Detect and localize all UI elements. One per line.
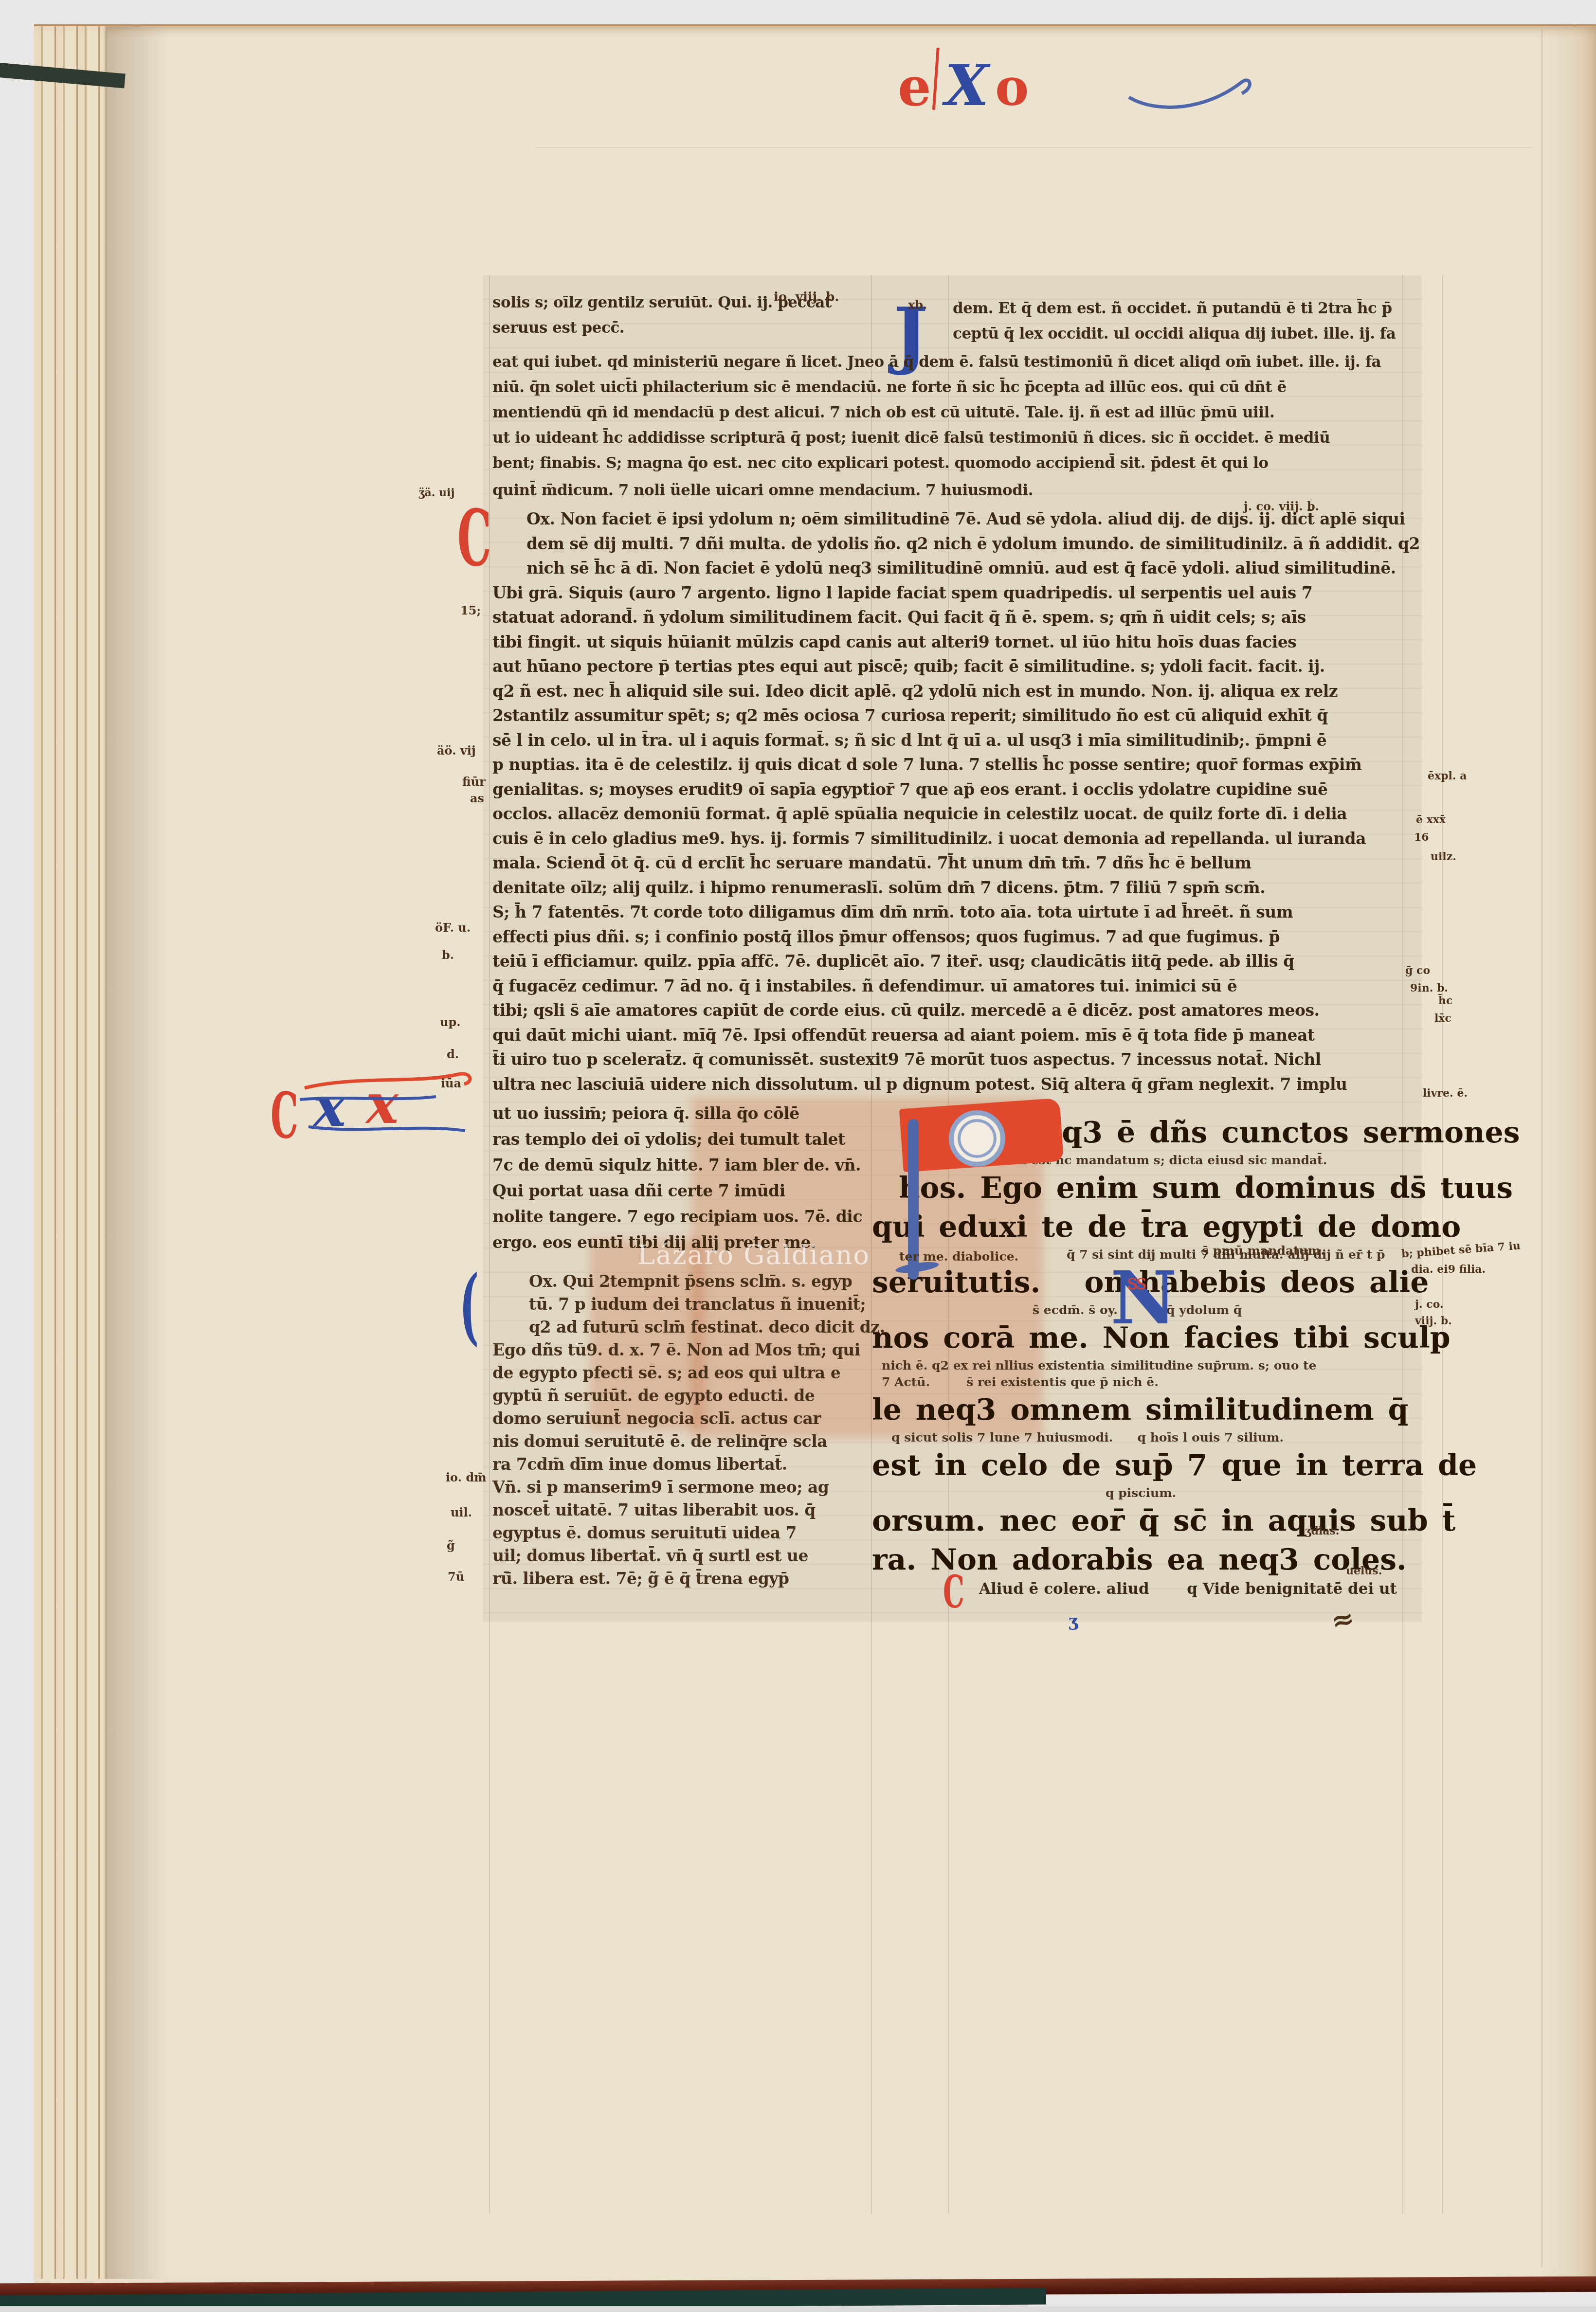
gloss-top-right: dem. Et q̄ dem est. ñ occidet. ñ putandū… bbox=[953, 296, 1400, 346]
text-line: Ox. Qui 2tempnit p̄sens sclm̄. s. egyp bbox=[492, 1270, 882, 1293]
margin-note: livre. ē. bbox=[1423, 1087, 1468, 1100]
margin-note: viij. b. bbox=[1415, 1315, 1452, 1327]
text-line: effecti pius dñi. s; i confinio postq̄ i… bbox=[492, 925, 1403, 950]
margin-note: ēxpl. a bbox=[1428, 770, 1467, 782]
title-flourish-swash bbox=[1129, 68, 1134, 73]
text-line: ut uo iussim̄; peiora q̄. silla q̄o cōlē bbox=[492, 1101, 877, 1126]
page-crease bbox=[1542, 29, 1542, 2267]
text-line: ras templo dei oī ydolis; dei tumult tal… bbox=[492, 1126, 877, 1152]
running-title-letter-o: o bbox=[995, 57, 1029, 117]
running-title: e X o bbox=[898, 43, 1029, 116]
text-line: tū. 7 p iudum dei tranclatus ñ inuenit̄; bbox=[492, 1293, 882, 1316]
blue-paraph-bracket-icon: ( bbox=[459, 1257, 479, 1355]
margin-note: ē xxx̄ bbox=[1416, 813, 1446, 826]
margin-note: io. dm̄ bbox=[446, 1470, 487, 1484]
text-line: nis domui seruitutē ē. de relinq̄re scla bbox=[492, 1430, 882, 1453]
manuscript-photo: e X o solis s; oīlz gentilz seruiūt. Qui… bbox=[0, 0, 1596, 2312]
text-line: ceptū q̄ lex occidit. ul occidi aliqua d… bbox=[953, 321, 1400, 346]
margin-note: g̃ co bbox=[1405, 964, 1430, 977]
text-line: Vn̄. si p manserim9 ī sermone meo; ag bbox=[492, 1476, 882, 1499]
margin-note: ter me. diabolice. bbox=[899, 1249, 1018, 1264]
margin-note: 9in. b. bbox=[1410, 982, 1448, 994]
margin-note: öF. u. bbox=[435, 921, 471, 935]
initial-l-filigree-swirl bbox=[949, 1110, 1005, 1167]
running-title-letter-e: e bbox=[898, 56, 931, 118]
text-line: denitate oīlz; alij quilz. i hipmo renum… bbox=[492, 876, 1403, 901]
text-line: seruus est pecc̄. bbox=[492, 315, 901, 341]
margin-note: ʒ bbox=[1069, 1611, 1078, 1631]
margin-note: up. bbox=[440, 1015, 461, 1029]
text-line: dem sē dij multi. 7 dñi multa. de ydolis… bbox=[492, 532, 1403, 557]
margin-note: b. bbox=[442, 948, 454, 962]
initial-n-red-filigree: ss bbox=[1127, 1270, 1145, 1295]
gloss-top-tail: quint̄ m̄dicum. 7 noli üelle uicari omne… bbox=[492, 478, 1271, 503]
initial-n: N bbox=[1110, 1255, 1177, 1341]
text-line: genialitas. s; moyses erudit9 oī sapīa e… bbox=[492, 777, 1403, 802]
text-line: q2 ñ est. nec h̄ aliquid sile sui. Ideo … bbox=[492, 679, 1403, 704]
interlinear-gloss-line: q piscium. bbox=[872, 1485, 1410, 1501]
text-line: ra 7cdm̄ dīm inue domus libertat̄. bbox=[492, 1453, 882, 1476]
margin-note: j. co. bbox=[1415, 1298, 1444, 1311]
bible-verse-line: est in celo de sup̄ 7 que in terra de bbox=[872, 1446, 1410, 1485]
text-line: tibi fingit. ut siquis hūianit mūlzis ca… bbox=[492, 630, 1403, 655]
margin-note: d. bbox=[447, 1047, 459, 1061]
text-line: cuis ē in celo gladius me9. hys. ij. for… bbox=[492, 827, 1403, 851]
bible-verse-line: hos. Ego enim sum dominus ds̄ tuus bbox=[872, 1169, 1410, 1208]
text-line: Qui portat uasa dñi certe 7 imūdi bbox=[492, 1178, 877, 1204]
margin-note: ʒ̈ä. uij bbox=[418, 487, 454, 499]
text-line: S; h̄ 7 fatentēs. 7t corde toto diligamu… bbox=[492, 900, 1403, 925]
text-line: dem. Et q̄ dem est. ñ occidet. ñ putandū… bbox=[953, 296, 1400, 321]
margin-note: g̃ bbox=[447, 1538, 455, 1553]
running-title-letter-x: X bbox=[945, 53, 989, 119]
text-line: ut io uideant h̄c addidisse scripturā q̄… bbox=[492, 425, 1403, 451]
margin-note: uil. bbox=[451, 1505, 472, 1519]
margin-note: fiūr bbox=[462, 775, 486, 789]
commentary-block: Ox. Non faciet ē ipsi ydolum n; oēm simi… bbox=[492, 507, 1403, 1097]
left-column-block: Ox. Qui 2tempnit p̄sens sclm̄. s. egyptū… bbox=[492, 1270, 882, 1590]
margin-note: s̄ pmū mandatum. bbox=[1202, 1244, 1325, 1258]
bible-verse-line: qui eduxi te de t̄ra egypti de domo bbox=[872, 1208, 1410, 1246]
text-line: mala. Sciend̄ ōt q̄. cū d erclīt h̄c ser… bbox=[492, 851, 1403, 876]
red-paraph-icon: C bbox=[271, 1078, 298, 1153]
ruling-line-horizontal bbox=[535, 147, 1533, 148]
text-line: domo seruiunt̄ negocia sclī. actus car bbox=[492, 1407, 882, 1430]
margin-note: uelus. bbox=[1346, 1565, 1382, 1577]
text-line: Ego dñs tū9. d. x. 7 ē. Non ad Mos tm̄; … bbox=[492, 1338, 882, 1361]
table-surface bbox=[0, 2306, 1596, 2312]
text-line: bent; finabis. S; magna q̄o est. nec cit… bbox=[492, 451, 1403, 476]
margin-note: h̄c bbox=[1438, 994, 1452, 1007]
chapter-flourish-swash bbox=[271, 1069, 275, 1074]
interlinear-gloss-line: q sicut solis 7 lune 7 huiusmodi. q hoīs… bbox=[872, 1429, 1410, 1446]
text-line: Ubi grā. Siquis (auro 7 argento. ligno l… bbox=[492, 581, 1403, 606]
text-line: de egypto pfecti sē. s; ad eos qui ultra… bbox=[492, 1361, 882, 1384]
text-line: t̄i uiro tuo p scelerat̄z. q̄ comunissēt… bbox=[492, 1048, 1403, 1072]
gloss-top-left: solis s; oīlz gentilz seruiūt. Qui. ij. … bbox=[492, 290, 901, 341]
text-line: q̄ fugacēz cedimur. 7 ād no. q̄ i instab… bbox=[492, 974, 1403, 999]
text-line: occlos. allacēz demoniū format. q̄ aplē … bbox=[492, 802, 1403, 827]
commentary-narrow-column: ut uo iussim̄; peiora q̄. silla q̄o cōlē… bbox=[492, 1101, 877, 1255]
margin-note: 7ū bbox=[448, 1570, 464, 1584]
text-line: tibi; qsli s̄ aīe amatores capiūt de cor… bbox=[492, 998, 1403, 1023]
margin-note: as bbox=[470, 791, 484, 805]
gutter-shadow bbox=[105, 26, 168, 2279]
red-paraph-icon: C bbox=[457, 492, 491, 584]
margin-note: j. co. viij. b. bbox=[1244, 499, 1319, 513]
text-line: 7c de demū siqulz hitte. 7 iam bler de. … bbox=[492, 1152, 877, 1178]
text-line: mentiendū qn̄ id mendaciū p dest alicui.… bbox=[492, 400, 1403, 425]
interlinear-gloss-line: nich ē. q2 ex rei nllius existentia simi… bbox=[872, 1357, 1410, 1374]
text-line: q2 ad futurū sclm̄ festinat. deco dicit … bbox=[492, 1316, 882, 1338]
margin-note: äö. vij bbox=[437, 743, 476, 758]
text-line: eat qui iubet. qd ministeriū negare ñ li… bbox=[492, 349, 1403, 375]
text-line: rū̄. libera est. 7ē; g̃ ē q̄ t̄rena egyp… bbox=[492, 1567, 882, 1590]
margin-note: ʒdlas. bbox=[1305, 1525, 1340, 1537]
text-line: qui daūt michi uiant. mīq̄ 7ē. Ipsi offe… bbox=[492, 1023, 1403, 1048]
margin-note: uilz. bbox=[1431, 850, 1456, 863]
text-line: noscet̄ uitatē. 7 uitas liberabit uos. q… bbox=[492, 1499, 882, 1521]
text-line: quint̄ m̄dicum. 7 noli üelle uicari omne… bbox=[492, 478, 1271, 503]
margin-note: io. viij. b. bbox=[774, 290, 839, 305]
interlinear-gloss-line: 7 Actū. s̄ rei existentis que p̄ nich ē. bbox=[872, 1374, 1410, 1391]
text-line: teiū ī efficiamur. quilz. ppīa affc̄. 7ē… bbox=[492, 949, 1403, 974]
margin-note: 16 bbox=[1414, 831, 1429, 844]
fore-edge-right bbox=[1538, 26, 1596, 2279]
text-line: sē l in celo. ul in t̄ra. ul i aquis for… bbox=[492, 728, 1403, 753]
text-line: nolite tangere. 7 ego recipiam uos. 7ē. … bbox=[492, 1204, 877, 1229]
margin-note: lx̄c bbox=[1434, 1012, 1451, 1025]
text-line: gyptū ñ seruiūt. de egypto educti. de bbox=[492, 1384, 882, 1407]
red-paraph-icon: C bbox=[943, 1566, 964, 1618]
text-line: aut hūano pectore p̄ tertias ptes equi a… bbox=[492, 654, 1403, 679]
text-line: egyptus ē. domus seruitutī uidea 7 bbox=[492, 1521, 882, 1544]
gloss-top-full: eat qui iubet. qd ministeriū negare ñ li… bbox=[492, 349, 1403, 476]
margin-note: iūa bbox=[441, 1076, 461, 1090]
running-title-red-stroke bbox=[932, 48, 940, 110]
text-line: 2stantilz assumitur spēt; s; q2 mēs ocio… bbox=[492, 704, 1403, 728]
page-edges-left bbox=[34, 26, 107, 2279]
text-line: p nuptias. ita ē de celestilz. ij quis d… bbox=[492, 753, 1403, 777]
text-line: statuat adorand̄. ñ ydolum similitudinem… bbox=[492, 605, 1403, 630]
text-line: niū. q̄n solet uict̄i philacterium sic ē… bbox=[492, 375, 1403, 400]
text-line: nich sē h̄c ā dī. Non faciet ē ydolū neq… bbox=[492, 556, 1403, 581]
bible-verse-line: le neq3 omnem similitudinem q̄ bbox=[872, 1391, 1410, 1429]
margin-note: 15; bbox=[460, 603, 481, 617]
margin-note: dia. ei9 filia. bbox=[1411, 1263, 1486, 1276]
margin-note: xb. bbox=[908, 298, 927, 312]
museum-watermark: Lázaro Galdiano bbox=[637, 1240, 870, 1270]
text-line: solis s; oīlz gentilz seruiūt. Qui. ij. … bbox=[492, 290, 901, 315]
text-line: uil; domus libertat̄. vn̄ q̄ surtl est u… bbox=[492, 1544, 882, 1567]
text-line: ultra nec lasciuiā uidere nich dissolutu… bbox=[492, 1072, 1403, 1097]
